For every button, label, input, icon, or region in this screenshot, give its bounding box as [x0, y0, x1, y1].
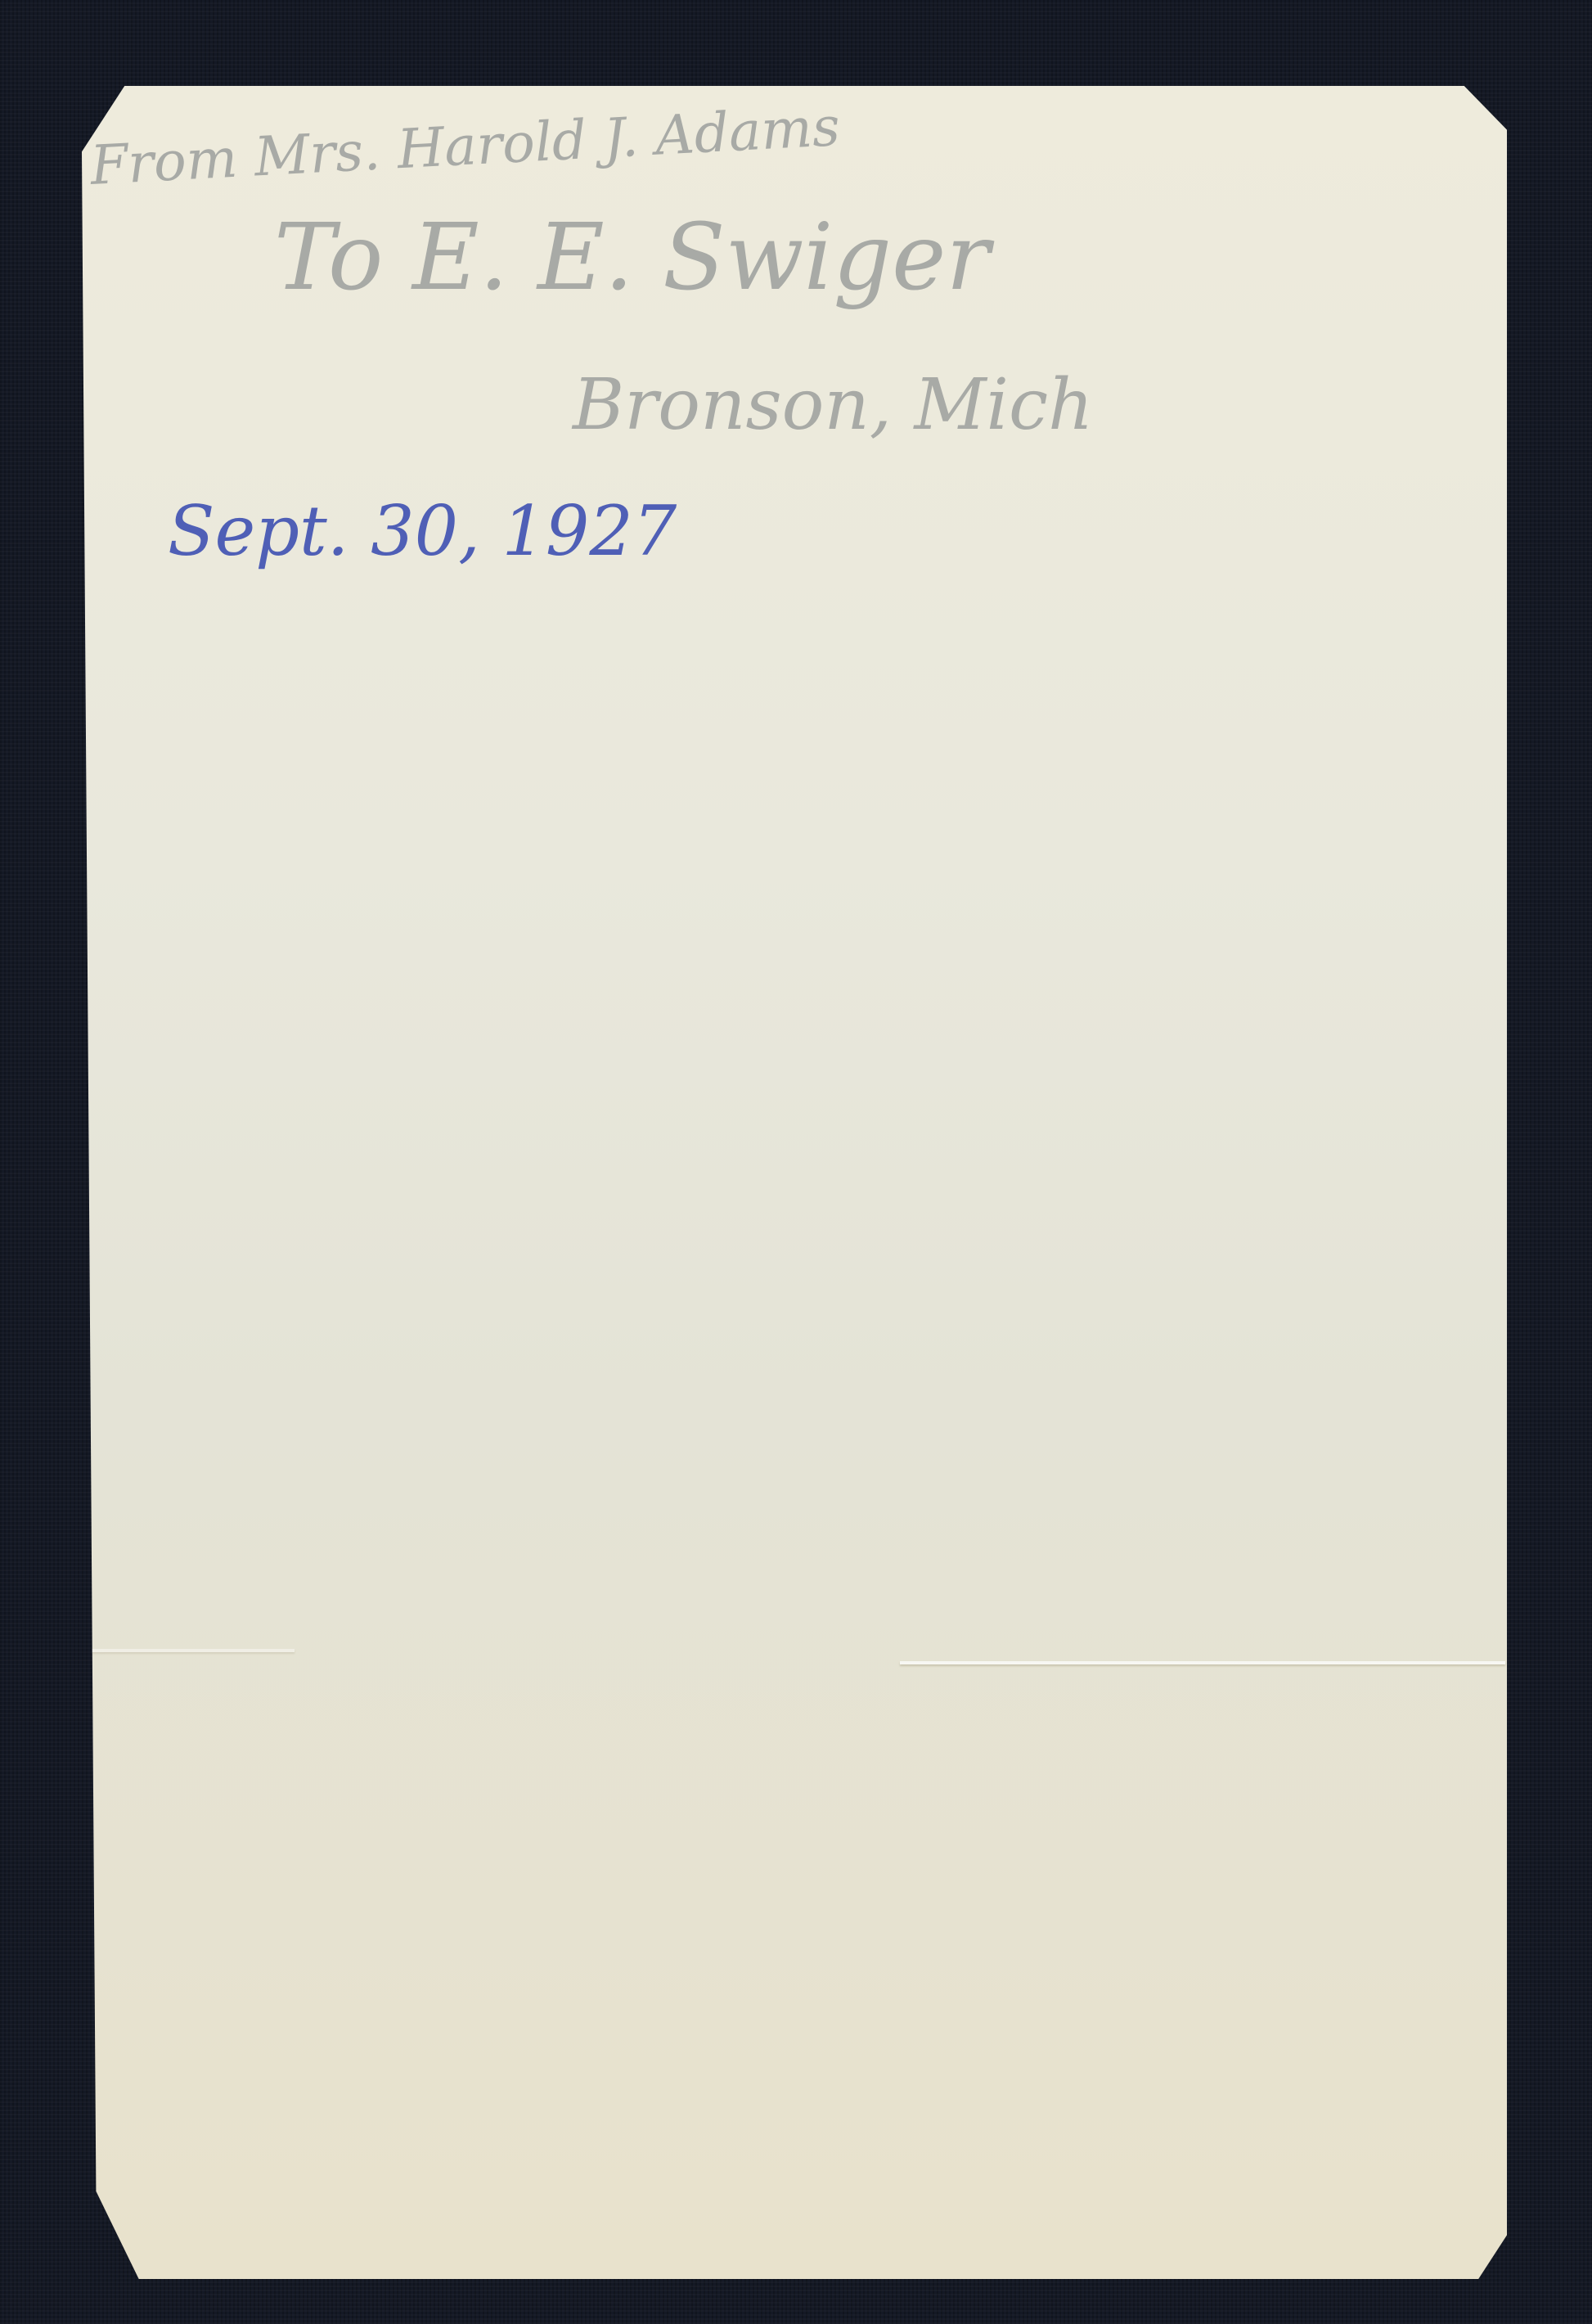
inscription-date: Sept. 30, 1927 — [168, 491, 677, 571]
inscription-to: To E. E. Swiger — [274, 205, 990, 311]
paper-crease — [900, 1661, 1505, 1664]
paper-crease — [82, 1649, 295, 1652]
inscription-place: Bronson, Mich — [573, 364, 1094, 446]
